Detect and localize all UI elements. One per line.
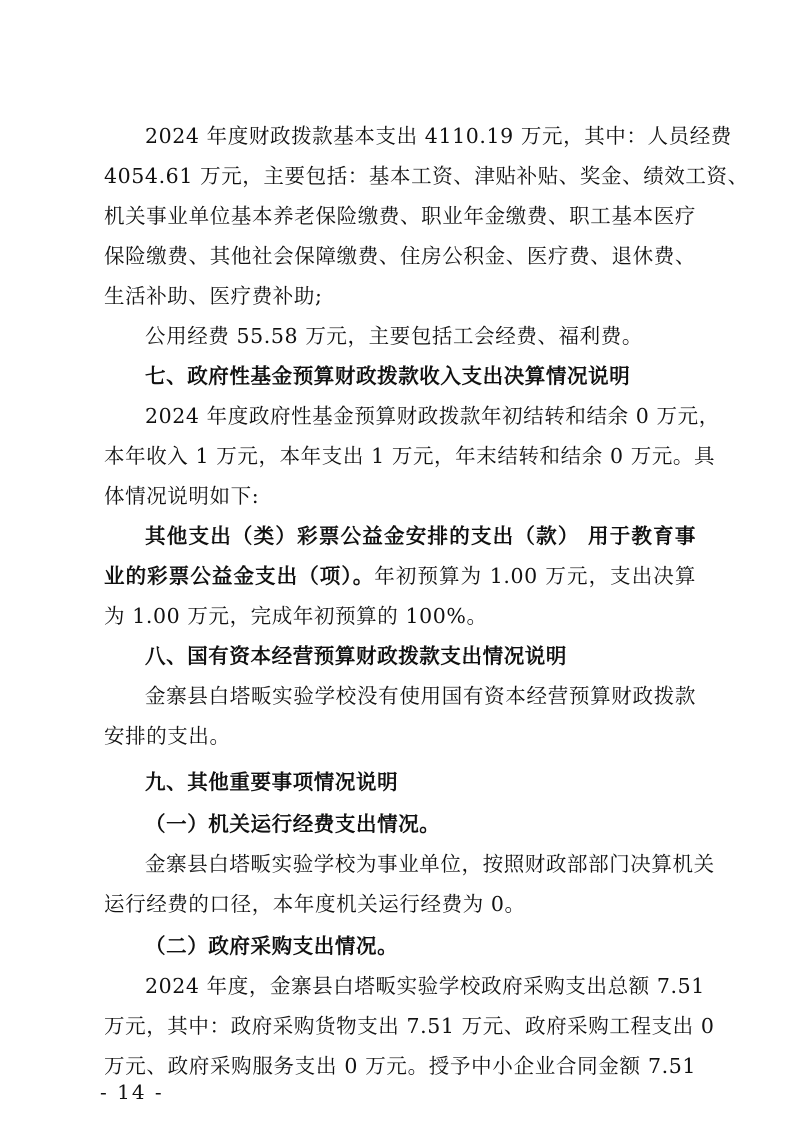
section-heading: 七、政府性基金预算财政拨款收入支出决算情况说明 [145,362,696,390]
section-heading: 八、国有资本经营预算财政拨款支出情况说明 [145,642,696,670]
paragraph-line: 体情况说明如下: [104,482,696,510]
paragraph-line: 2024 年度政府性基金预算财政拨款年初结转和结余 0 万元， [145,402,696,430]
section-heading: 九、其他重要事项情况说明 [145,768,696,796]
paragraph-line: 万元、政府采购服务支出 0 万元。授予中小企业合同金额 7.51 [104,1052,696,1080]
paragraph-line: 本年收入 1 万元，本年支出 1 万元，年末结转和结余 0 万元。具 [104,442,696,470]
paragraph-line: 生活补助、医疗费补助; [104,282,696,310]
paragraph-line: 安排的支出。 [104,722,696,750]
paragraph-line: 金寨县白塔畈实验学校没有使用国有资本经营预算财政拨款 [145,682,696,710]
paragraph-line: 为 1.00 万元，完成年初预算的 100%。 [104,602,696,630]
paragraph-line: 2024 年度，金寨县白塔畈实验学校政府采购支出总额 7.51 [145,972,696,1000]
mixed-line: 业的彩票公益金支出（项）。年初预算为 1.00 万元，支出决算 [104,562,696,590]
bold-item-line: 其他支出（类）彩票公益金安排的支出（款） 用于教育事 [145,522,696,550]
paragraph-line: 保险缴费、其他社会保障缴费、住房公积金、医疗费、退休费、 [104,242,696,270]
document-page: 2024 年度财政拨款基本支出 4110.19 万元，其中：人员经费4054.6… [0,0,793,1122]
paragraph-line: 万元，其中：政府采购货物支出 7.51 万元、政府采购工程支出 0 [104,1012,696,1040]
paragraph-line: 金寨县白塔畈实验学校为事业单位，按照财政部部门决算机关 [145,850,696,878]
budget-text: 年初预算为 1.00 万元，支出决算 [374,564,696,588]
paragraph-line: 公用经费 55.58 万元，主要包括工会经费、福利费。 [145,322,696,350]
page-number: - 14 - [100,1080,164,1104]
paragraph-line: 4054.61 万元，主要包括：基本工资、津贴补贴、奖金、绩效工资、 [104,162,696,190]
paragraph-line: 2024 年度财政拨款基本支出 4110.19 万元，其中：人员经费 [145,122,696,150]
paragraph-line: 机关事业单位基本养老保险缴费、职业年金缴费、职工基本医疗 [104,202,696,230]
paragraph-line: 运行经费的口径，本年度机关运行经费为 0。 [104,890,696,918]
section-heading: （一）机关运行经费支出情况。 [145,810,696,838]
bold-item-text: 业的彩票公益金支出（项）。 [104,564,374,588]
section-heading: （二）政府采购支出情况。 [145,932,696,960]
